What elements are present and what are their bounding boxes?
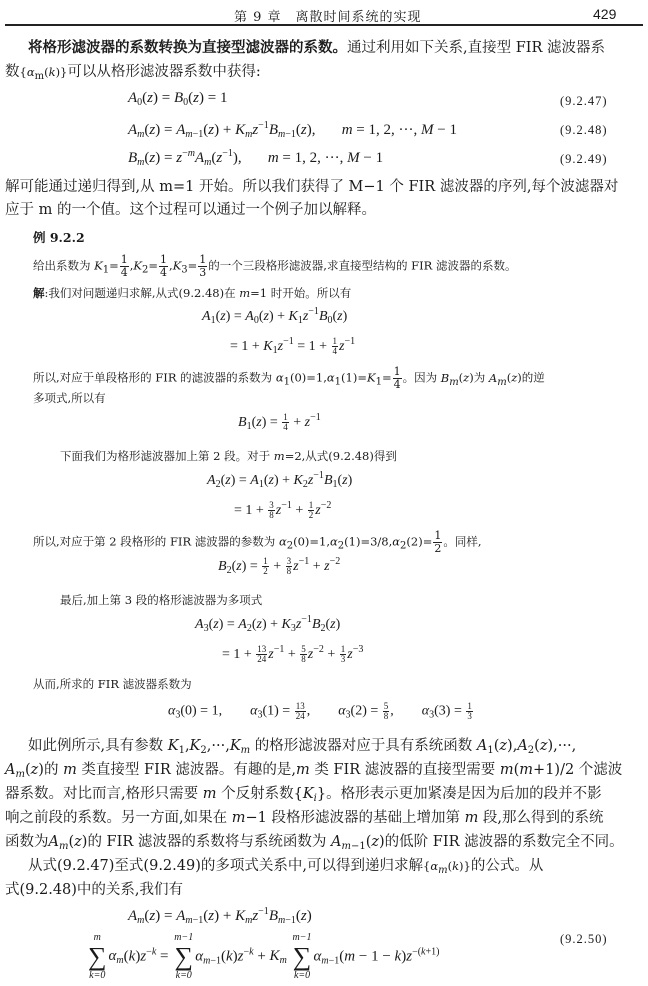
intro-line-2: 数{αm(k)}可以从格形滤波器系数中获得: [5, 60, 261, 89]
equation-A2-line1: A2(z) = A1(z) + K2z−1B1(z) [207, 470, 352, 490]
page-header: 第 9 章 离散时间系统的实现 429 [0, 4, 648, 24]
equation-B1: B1(z) = 14 + z−1 [238, 412, 321, 432]
intro-line-1: 将格形滤波器的系数转换为直接型滤波器的系数。通过利用如下关系,直接型 FIR 滤… [28, 36, 605, 60]
equation-A3-line2: = 1 + 1324z−1 + 58z−2 + 13z−3 [222, 644, 363, 664]
equation-A2-line2: = 1 + 38z−1 + 12z−2 [234, 500, 331, 520]
equation-A1-line2: = 1 + K1z−1 = 1 + 14z−1 [230, 336, 355, 356]
paragraph-line: 应于 m 的一个值。这个过程可以通过一个例子加以解释。 [5, 198, 376, 222]
equation-9-2-50-line1: Am(z) = Am−1(z) + Kmz−1Bm−1(z) [128, 906, 312, 926]
single-stage-text: 所以,对应于单段格形的 FIR 的滤波器的系数为 α1(0)=1,α1(1)=K… [33, 366, 545, 391]
stage2-intro: 下面我们为格形滤波器加上第 2 段。对于 m=2,从式(9.2.48)得到 [60, 448, 397, 464]
equation-A3-line1: A3(z) = A2(z) + K3z−1B2(z) [195, 614, 340, 634]
result-coefficients: α3(0) = 1, α3(1) = 1324, α3(2) = 58, α3(… [168, 702, 474, 721]
example-title: 例 9.2.2 [33, 228, 85, 246]
equation-number: (9.2.47) [560, 94, 608, 109]
intro-text: 通过利用如下关系,直接型 FIR 滤波器系 [347, 40, 605, 56]
example-statement: 给出系数为 K1=14,K2=14,K3=13的一个三段格形滤波器,求直接型结构… [33, 254, 516, 279]
equation-number: (9.2.48) [560, 123, 608, 138]
equation-9-2-50-line2: m∑k=0αm(k)z−k = m−1∑k=0αm−1(k)z−k + Km m… [86, 932, 439, 982]
stage2-coefficients: 所以,对应于第 2 段格形的 FIR 滤波器的参数为 α2(0)=1,α2(1)… [33, 530, 482, 555]
equation-A1-line1: A1(z) = A0(z) + K1z−1B0(z) [202, 306, 347, 326]
discussion-line-4: 响之前段的系数。另一方面,如果在 m−1 段格形滤波器的基础上增加第 m 段,那… [5, 806, 604, 830]
equation-number: (9.2.50) [560, 932, 608, 947]
header-rule [5, 24, 643, 26]
single-stage-text-2: 多项式,所以有 [33, 390, 106, 406]
equation-number: (9.2.49) [560, 152, 608, 167]
equation-9-2-47: A0(z) = B0(z) = 1 [128, 90, 227, 108]
solution-intro: 解:我们对问题递归求解,从式(9.2.48)在 m=1 时开始。所以有 [33, 285, 351, 301]
page-number: 429 [593, 6, 616, 22]
equation-9-2-48: Am(z) = Am−1(z) + Kmz−1Bm−1(z), m = 1, 2… [128, 120, 457, 140]
equation-B2: B2(z) = 12 + 38z−1 + z−2 [218, 556, 340, 576]
equation-9-2-49: Bm(z) = z−mAm(z−1), m = 1, 2, ···, M − 1 [128, 148, 383, 168]
paragraph-line: 解可能通过递归得到,从 m=1 开始。所以我们获得了 M−1 个 FIR 滤波器… [5, 175, 618, 199]
chapter-title: 第 9 章 离散时间系统的实现 [234, 6, 422, 25]
result-intro: 从而,所求的 FIR 滤波器系数为 [33, 676, 192, 692]
intro-bold-heading: 将格形滤波器的系数转换为直接型滤波器的系数。 [28, 39, 347, 56]
stage3-intro: 最后,加上第 3 段的格形滤波器为多项式 [60, 592, 262, 608]
discussion-line-7: 式(9.2.48)中的关系,我们有 [5, 878, 183, 902]
